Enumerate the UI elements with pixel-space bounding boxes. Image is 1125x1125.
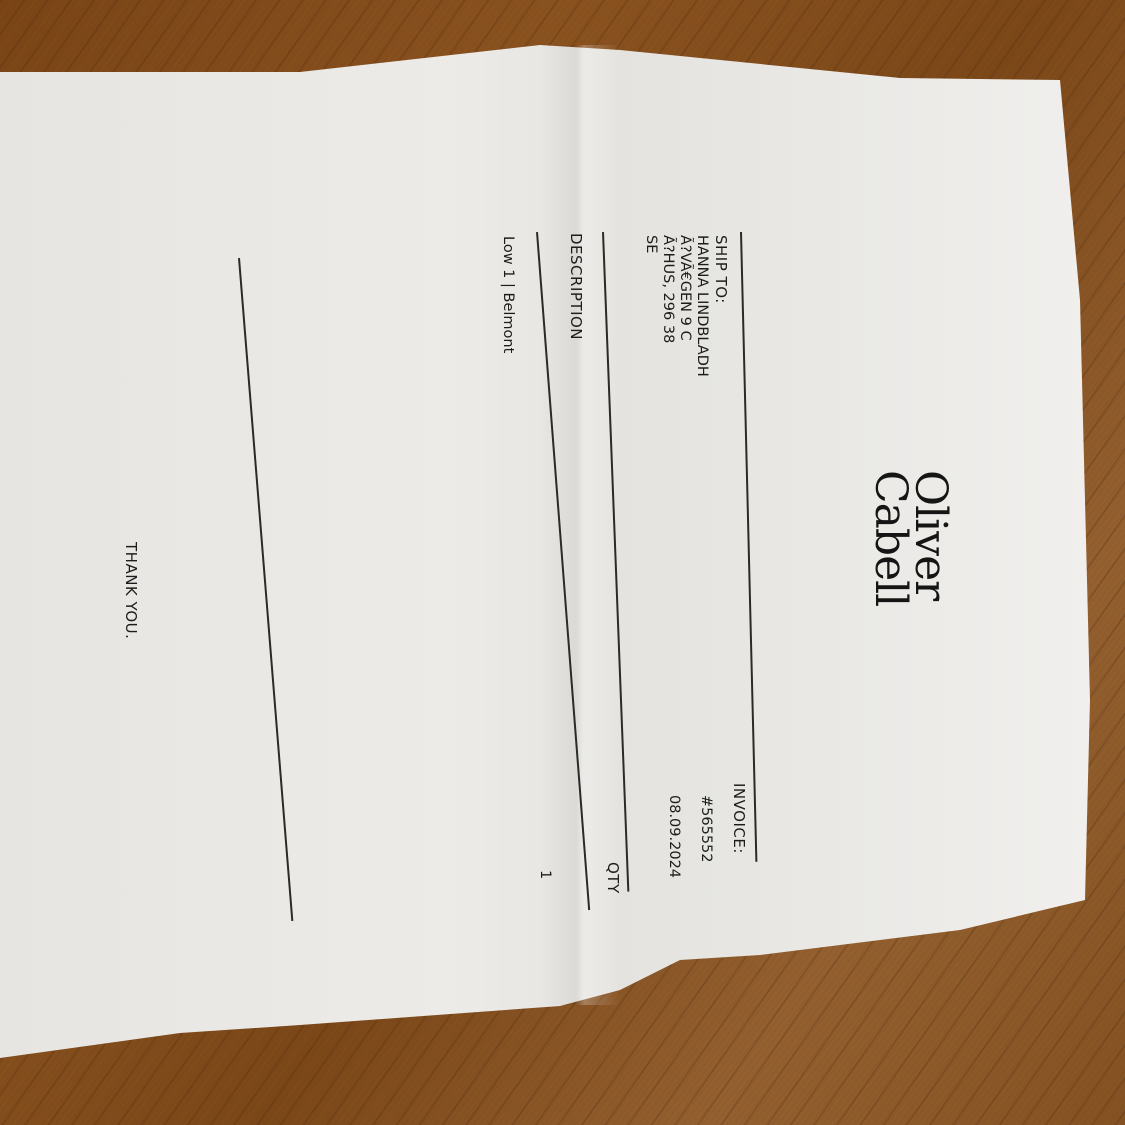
- ship-to-street: Ã?VÃ€GEN 9 C: [676, 235, 693, 377]
- invoice-document: Oliver Cabell SHIP TO: HANNA LINDBLADH Ã…: [0, 0, 1125, 1125]
- ship-to-label: SHIP TO:: [712, 235, 730, 304]
- brand-line-1: Oliver: [910, 470, 950, 606]
- ship-to-country: SE: [642, 235, 659, 377]
- brand-logo: Oliver Cabell: [870, 470, 950, 606]
- invoice-number: #565552: [697, 795, 714, 863]
- divider-top: [741, 232, 758, 862]
- ship-to-city-postal: Ã?HUS, 296 38: [659, 235, 676, 377]
- ship-to-address: HANNA LINDBLADH Ã?VÃ€GEN 9 C Ã?HUS, 296 …: [642, 235, 710, 377]
- invoice-date: 08.09.2024: [665, 795, 682, 878]
- thank-you-note: THANK YOU.: [122, 542, 140, 639]
- line-item-qty: 1: [536, 870, 553, 879]
- column-header-description: DESCRIPTION: [567, 233, 585, 340]
- column-header-qty: QTY: [604, 862, 622, 894]
- ship-to-name: HANNA LINDBLADH: [693, 235, 710, 377]
- divider-header-top: [603, 232, 630, 892]
- line-item-description: Low 1 | Belmont: [499, 236, 516, 353]
- divider-bottom: [239, 258, 294, 921]
- invoice-label: INVOICE:: [730, 783, 748, 854]
- brand-line-2: Cabell: [870, 470, 910, 606]
